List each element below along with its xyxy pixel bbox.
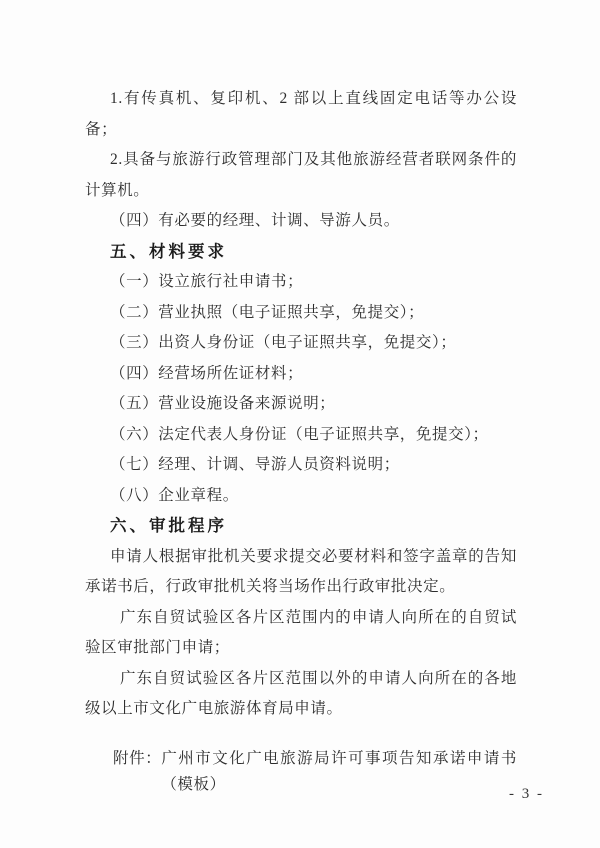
page-number: - 3 - (509, 786, 544, 803)
material-item-2: （二）营业执照（电子证照共享，免提交）； (85, 298, 517, 329)
material-item-8: （八）企业章程。 (85, 481, 517, 512)
paragraph-computer: 2.具备与旅游行政管理部门及其他旅游经营者联网条件的计算机。 (85, 145, 517, 206)
paragraph-commitment: 申请人根据审批机关要求提交必要材料和签字盖章的告知承诺书后，行政审批机关将当场作… (85, 542, 517, 603)
material-item-6: （六）法定代表人身份证（电子证照共享，免提交）； (85, 420, 517, 451)
paragraph-office-equipment: 1.有传真机、复印机、2 部以上直线固定电话等办公设备； (85, 84, 517, 145)
material-item-5: （五）营业设施设备来源说明； (85, 389, 517, 420)
paragraph-personnel: （四）有必要的经理、计调、导游人员。 (85, 206, 517, 237)
section6-heading: 六、审批程序 (85, 511, 517, 542)
material-item-4: （四）经营场所佐证材料； (85, 359, 517, 390)
document-page: 1.有传真机、复印机、2 部以上直线固定电话等办公设备； 2.具备与旅游行政管理… (0, 0, 600, 848)
attachment-text: 广州市文化广电旅游局许可事项告知承诺申请书（模板） (161, 746, 517, 798)
paragraph-ftz-inside: 广东自贸试验区各片区范围内的申请人向所在的自贸试验区审批部门申请； (85, 603, 517, 664)
document-content: 1.有传真机、复印机、2 部以上直线固定电话等办公设备； 2.具备与旅游行政管理… (85, 84, 517, 798)
material-item-7: （七）经理、计调、导游人员资料说明； (85, 450, 517, 481)
section5-heading: 五、材料要求 (85, 237, 517, 268)
paragraph-ftz-outside: 广东自贸试验区各片区范围以外的申请人向所在的各地级以上市文化广电旅游体育局申请。 (85, 664, 517, 725)
attachment-note: 附件： 广州市文化广电旅游局许可事项告知承诺申请书（模板） (113, 746, 517, 798)
material-item-1: （一）设立旅行社申请书； (85, 267, 517, 298)
attachment-label: 附件： (113, 746, 161, 798)
material-item-3: （三）出资人身份证（电子证照共享，免提交）； (85, 328, 517, 359)
